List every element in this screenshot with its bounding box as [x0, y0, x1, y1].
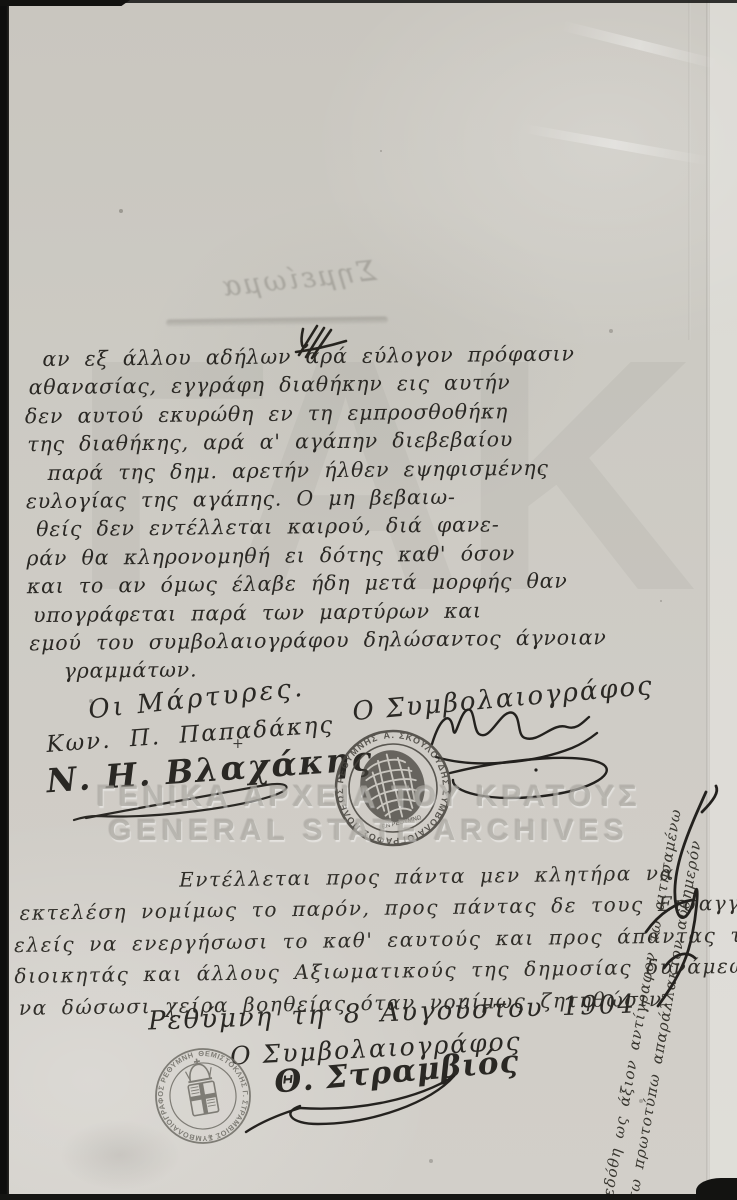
archives-watermark-greek: ΓΕΝΙΚΑ ΑΡΧΕΙΑ ΤΟΥ ΚΡΑΤΟΥΣ	[0, 780, 737, 814]
scan-border-top-left	[0, 0, 130, 6]
margin-note-signature	[0, 0, 737, 1200]
scan-border-left	[0, 0, 9, 1200]
archives-watermark-english: GENERAL STATE ARCHIVES	[0, 814, 737, 848]
scan-border-corner	[696, 1178, 737, 1200]
scan-border-bottom	[0, 1194, 737, 1200]
